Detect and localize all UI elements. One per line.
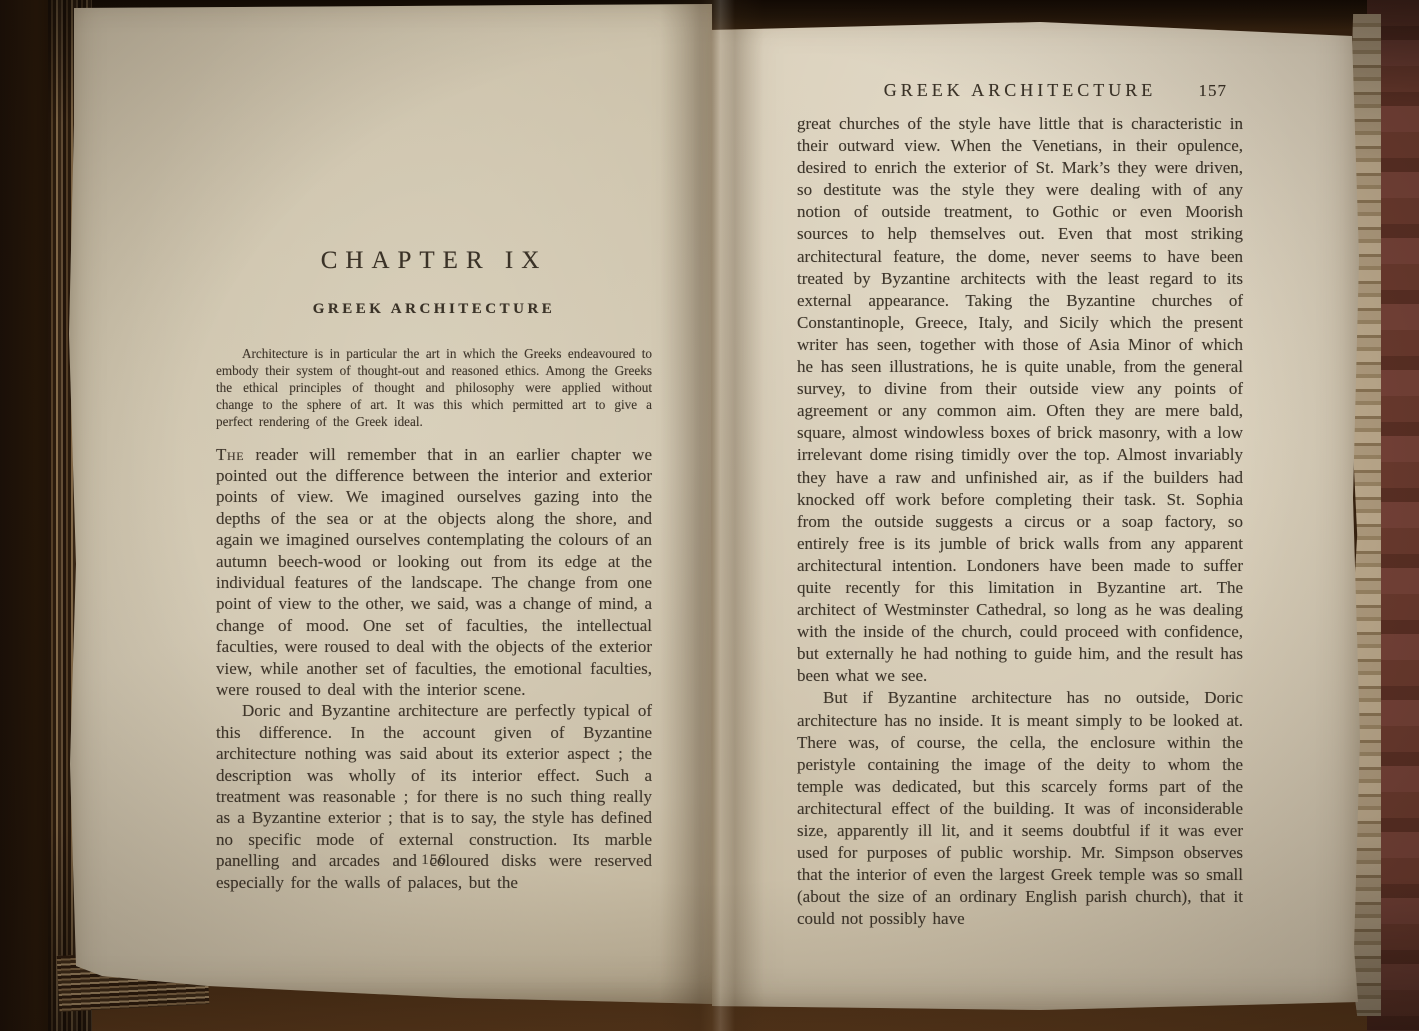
left-page-body: The reader will remember that in an earl… (216, 444, 652, 894)
running-header: GREEK ARCHITECTURE 157 (797, 80, 1243, 101)
right-page: GREEK ARCHITECTURE 157 great churches of… (710, 18, 1362, 1014)
smallcaps-lead: The (216, 445, 244, 464)
paragraph: But if Byzantine architecture has no out… (797, 687, 1243, 930)
left-page: CHAPTER IX GREEK ARCHITECTURE Architectu… (58, 4, 714, 1006)
paragraph: The reader will remember that in an earl… (216, 444, 652, 701)
left-page-text-column: CHAPTER IX GREEK ARCHITECTURE Architectu… (216, 4, 652, 893)
epigraph: Architecture is in particular the art in… (216, 346, 652, 431)
right-page-body: great churches of the style have little … (797, 113, 1243, 930)
right-page-text-column: GREEK ARCHITECTURE 157 great churches of… (797, 80, 1243, 930)
book-photo: CHAPTER IX GREEK ARCHITECTURE Architectu… (0, 0, 1419, 1031)
right-page-number: 157 (1199, 81, 1228, 101)
running-header-title: GREEK ARCHITECTURE (884, 80, 1157, 100)
left-page-number: 156 (216, 852, 652, 869)
chapter-heading: CHAPTER IX (216, 247, 652, 275)
section-title: GREEK ARCHITECTURE (216, 301, 652, 318)
paragraph: great churches of the style have little … (797, 113, 1243, 687)
